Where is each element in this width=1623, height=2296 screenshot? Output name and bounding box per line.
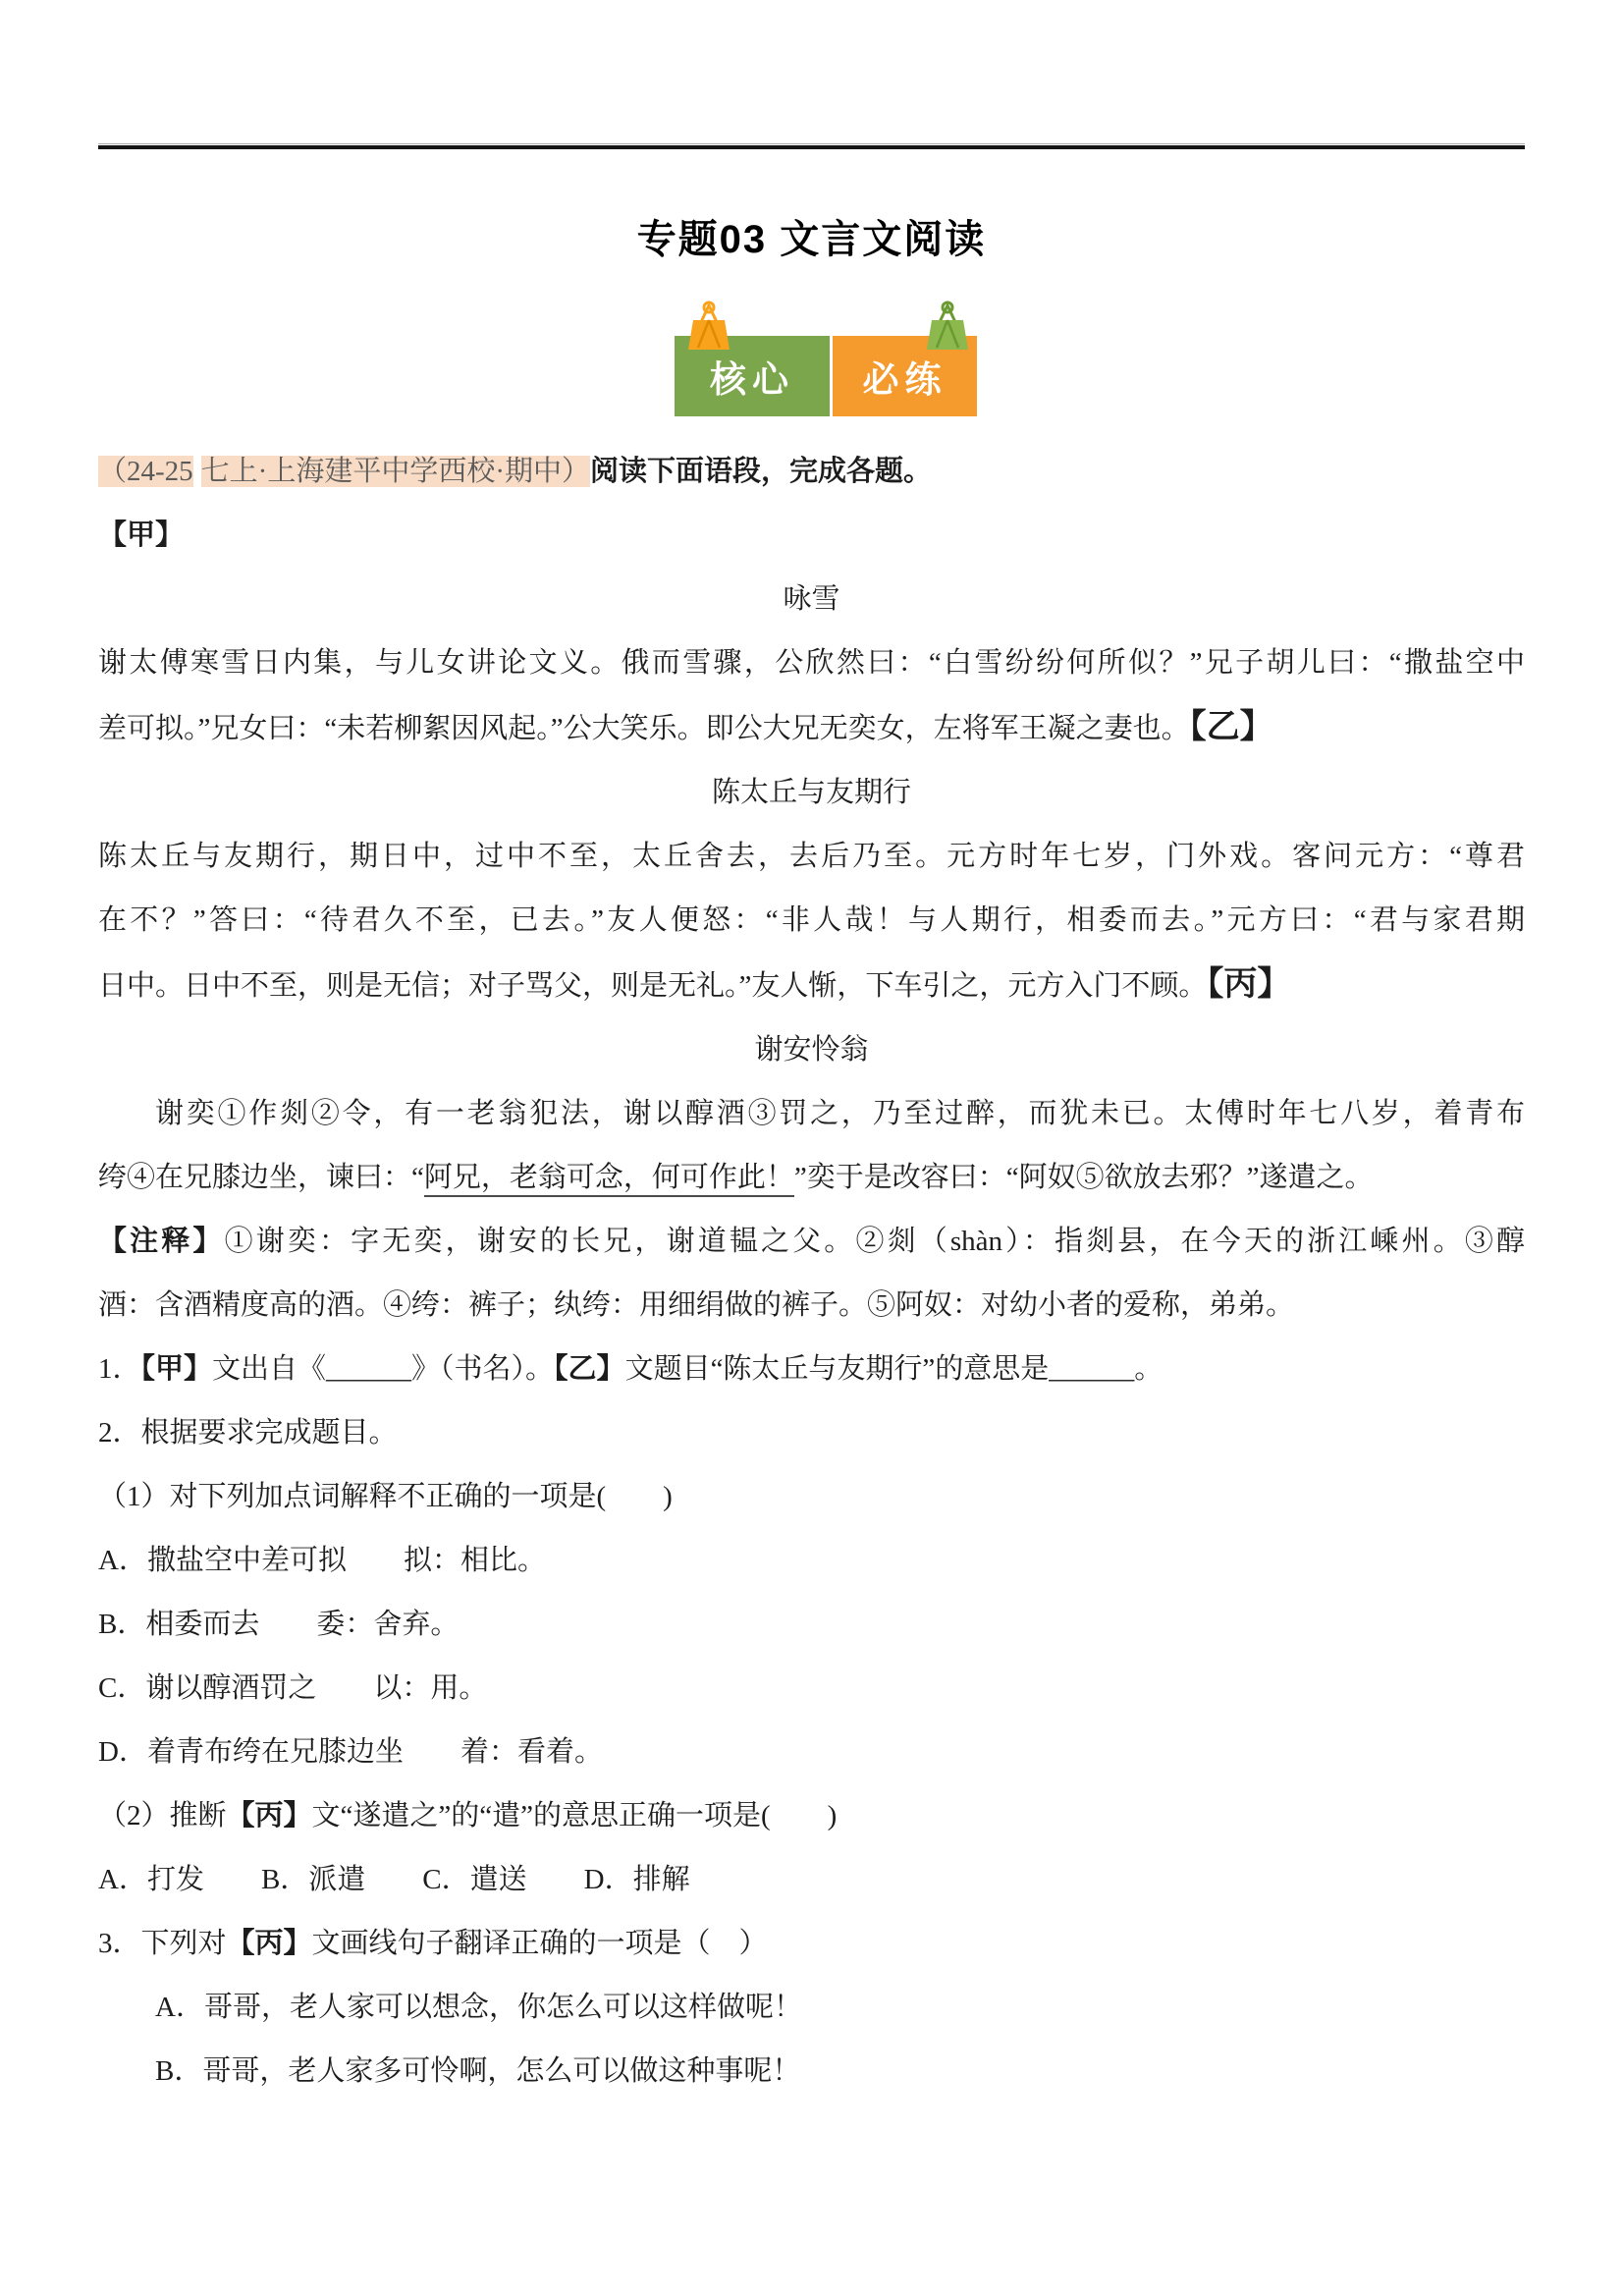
text-line: 【注释】①谢奕：字无奕，谢安的长兄，谢道韫之父。②剡（shàn）：指剡县，在今天…	[98, 1210, 1525, 1274]
text-line: 在不？”答曰：“待君久不至，已去。”友人便怒：“非人哉！与人期行，相委而去。”元…	[98, 889, 1525, 953]
text-line: B．哥哥，老人家多可怜啊，怎么可以做这种事呢！	[98, 2040, 1525, 2104]
text-segment: 日中。日中不至，则是无信；对子骂父，则是无礼。”友人惭，下车引之，元方入门不顾。	[98, 970, 1207, 1002]
section-marker: 【丙】	[1207, 966, 1290, 1003]
page-title: 专题03 文言文阅读	[0, 208, 1623, 264]
document-body: （24-25七上·上海建平中学西校·期中）阅读下面语段，完成各题。【甲】咏雪谢太…	[98, 440, 1525, 2104]
text-line: （24-25七上·上海建平中学西校·期中）阅读下面语段，完成各题。	[98, 440, 1525, 504]
text-line: A．哥哥，老人家可以想念，你怎么可以这样做呢！	[98, 1976, 1525, 2040]
text-segment: 酒：含酒精度高的酒。④绔：裤子；纨绔：用细绢做的裤子。⑤阿奴：对幼小者的爱称，弟…	[98, 1289, 1294, 1321]
text-line: A．打发 B．派遣 C．遣送 D．排解	[98, 1848, 1525, 1912]
text-line: 陈太丘与友期行，期日中，过中不至，太丘舍去，去后乃至。元方时年七岁，门外戏。客问…	[98, 825, 1525, 889]
header-rule	[98, 143, 1525, 149]
underlined-phrase: 阿兄，老翁可念，何可作此！	[424, 1162, 794, 1197]
text-line: 绔④在兄膝边坐，谏曰：“阿兄，老翁可念，何可作此！”奕于是改容曰：“阿奴⑤欲放去…	[98, 1146, 1525, 1210]
section-marker: 【丙】	[227, 1800, 312, 1831]
text-line: D．着青布绔在兄膝边坐 着：看着。	[98, 1721, 1525, 1784]
text-segment: 1．	[98, 1353, 141, 1385]
page: 专题03 文言文阅读 核心 必练 （24-25七上·上海建平中学西校·期中）阅读…	[0, 0, 1623, 2296]
section-marker: 【丙】	[227, 1928, 312, 1959]
text-segment: A．撒盐空中差可拟 拟：相比。	[98, 1545, 546, 1576]
text-line: 谢安怜翁	[98, 1018, 1525, 1082]
text-segment: B．哥哥，老人家多可怜啊，怎么可以做这种事呢！	[155, 2055, 800, 2087]
binder-clip-green-icon	[925, 301, 971, 352]
text-line: 差可拟。”兄女曰：“未若柳絮因风起。”公大笑乐。即公大兄无奕女，左将军王凝之妻也…	[98, 695, 1525, 761]
text-line: 陈太丘与友期行	[98, 761, 1525, 825]
source-tag-highlight: 七上·上海建平中学西校·期中）	[201, 456, 590, 487]
text-line: （2）推断【丙】文“遂遣之”的“遣”的意思正确一项是( )	[98, 1784, 1525, 1848]
text-segment: 文题目“陈太丘与友期行”的意思是______。	[625, 1353, 1163, 1385]
text-segment: C．谢以醇酒罚之 以：用。	[98, 1672, 487, 1704]
section-marker: 【甲】	[141, 1353, 213, 1385]
text-segment: 在不？”答曰：“待君久不至，已去。”友人便怒：“非人哉！与人期行，相委而去。”元…	[98, 904, 1525, 936]
binder-clip-orange-icon	[686, 301, 732, 352]
text-segment: 3．下列对	[98, 1928, 227, 1959]
source-tag-highlight: （24-25	[98, 456, 193, 487]
text-segment: 2．根据要求完成题目。	[98, 1417, 398, 1449]
core-practice-badge: 核心 必练	[675, 336, 977, 416]
badge-right-label: 必练	[863, 350, 947, 403]
text-segment: 陈太丘与友期行	[712, 777, 911, 808]
text-segment: ”奕于是改容曰：“阿奴⑤欲放去邪？”遂遣之。	[794, 1162, 1374, 1193]
text-segment: 文“遂遣之”的“遣”的意思正确一项是( )	[312, 1800, 838, 1831]
text-segment: 文出自《______》（书名）。	[212, 1353, 554, 1385]
text-segment: ①谢奕：字无奕，谢安的长兄，谢道韫之父。②剡（shàn）：指剡县，在今天的浙江嵊…	[225, 1226, 1525, 1257]
section-marker: 【乙】	[554, 1353, 625, 1385]
text-line: （1）对下列加点词解释不正确的一项是( )	[98, 1465, 1525, 1529]
section-marker: 【注释】	[98, 1226, 225, 1257]
text-segment: 谢安怜翁	[754, 1034, 868, 1066]
text-line: 2．根据要求完成题目。	[98, 1401, 1525, 1465]
text-line: 咏雪	[98, 568, 1525, 631]
text-segment: （1）对下列加点词解释不正确的一项是( )	[98, 1481, 673, 1512]
text-line: A．撒盐空中差可拟 拟：相比。	[98, 1529, 1525, 1593]
text-segment: 陈太丘与友期行，期日中，过中不至，太丘舍去，去后乃至。元方时年七岁，门外戏。客问…	[98, 841, 1525, 872]
text-segment: B．相委而去 委：舍弃。	[98, 1609, 459, 1640]
text-segment: （2）推断	[98, 1800, 227, 1831]
section-marker: 【乙】	[1190, 709, 1273, 745]
text-segment: 文画线句子翻译正确的一项是（ ）	[312, 1928, 768, 1959]
text-line: 谢太傅寒雪日内集，与儿女讲论文义。俄而雪骤，公欣然曰：“白雪纷纷何所似？”兄子胡…	[98, 631, 1525, 695]
text-segment: 差可拟。”兄女曰：“未若柳絮因风起。”公大笑乐。即公大兄无奕女，左将军王凝之妻也…	[98, 713, 1190, 744]
text-line: 1．【甲】文出自《______》（书名）。【乙】文题目“陈太丘与友期行”的意思是…	[98, 1338, 1525, 1401]
text-segment: 谢太傅寒雪日内集，与儿女讲论文义。俄而雪骤，公欣然曰：“白雪纷纷何所似？”兄子胡…	[98, 647, 1525, 679]
section-marker: 【甲】	[98, 519, 184, 551]
text-segment: A．打发 B．派遣 C．遣送 D．排解	[98, 1864, 690, 1895]
text-line: 【甲】	[98, 504, 1525, 568]
text-segment: 绔④在兄膝边坐，谏曰：“	[98, 1162, 424, 1193]
text-segment: 阅读下面语段，完成各题。	[590, 456, 932, 487]
text-segment: 咏雪	[783, 583, 839, 615]
text-segment: 谢奕①作剡②令，有一老翁犯法，谢以醇酒③罚之，乃至过醉，而犹未已。太傅时年七八岁…	[155, 1098, 1525, 1129]
text-line: C．谢以醇酒罚之 以：用。	[98, 1657, 1525, 1721]
text-segment: D．着青布绔在兄膝边坐 着：看着。	[98, 1736, 603, 1768]
text-line: 酒：含酒精度高的酒。④绔：裤子；纨绔：用细绢做的裤子。⑤阿奴：对幼小者的爱称，弟…	[98, 1274, 1525, 1338]
text-segment: A．哥哥，老人家可以想念，你怎么可以这样做呢！	[155, 1992, 802, 2023]
text-line: 谢奕①作剡②令，有一老翁犯法，谢以醇酒③罚之，乃至过醉，而犹未已。太傅时年七八岁…	[98, 1082, 1525, 1146]
badge-left-label: 核心	[710, 350, 794, 403]
text-line: B．相委而去 委：舍弃。	[98, 1593, 1525, 1657]
text-line: 日中。日中不至，则是无信；对子骂父，则是无礼。”友人惭，下车引之，元方入门不顾。…	[98, 953, 1525, 1018]
text-line: 3．下列对【丙】文画线句子翻译正确的一项是（ ）	[98, 1912, 1525, 1976]
